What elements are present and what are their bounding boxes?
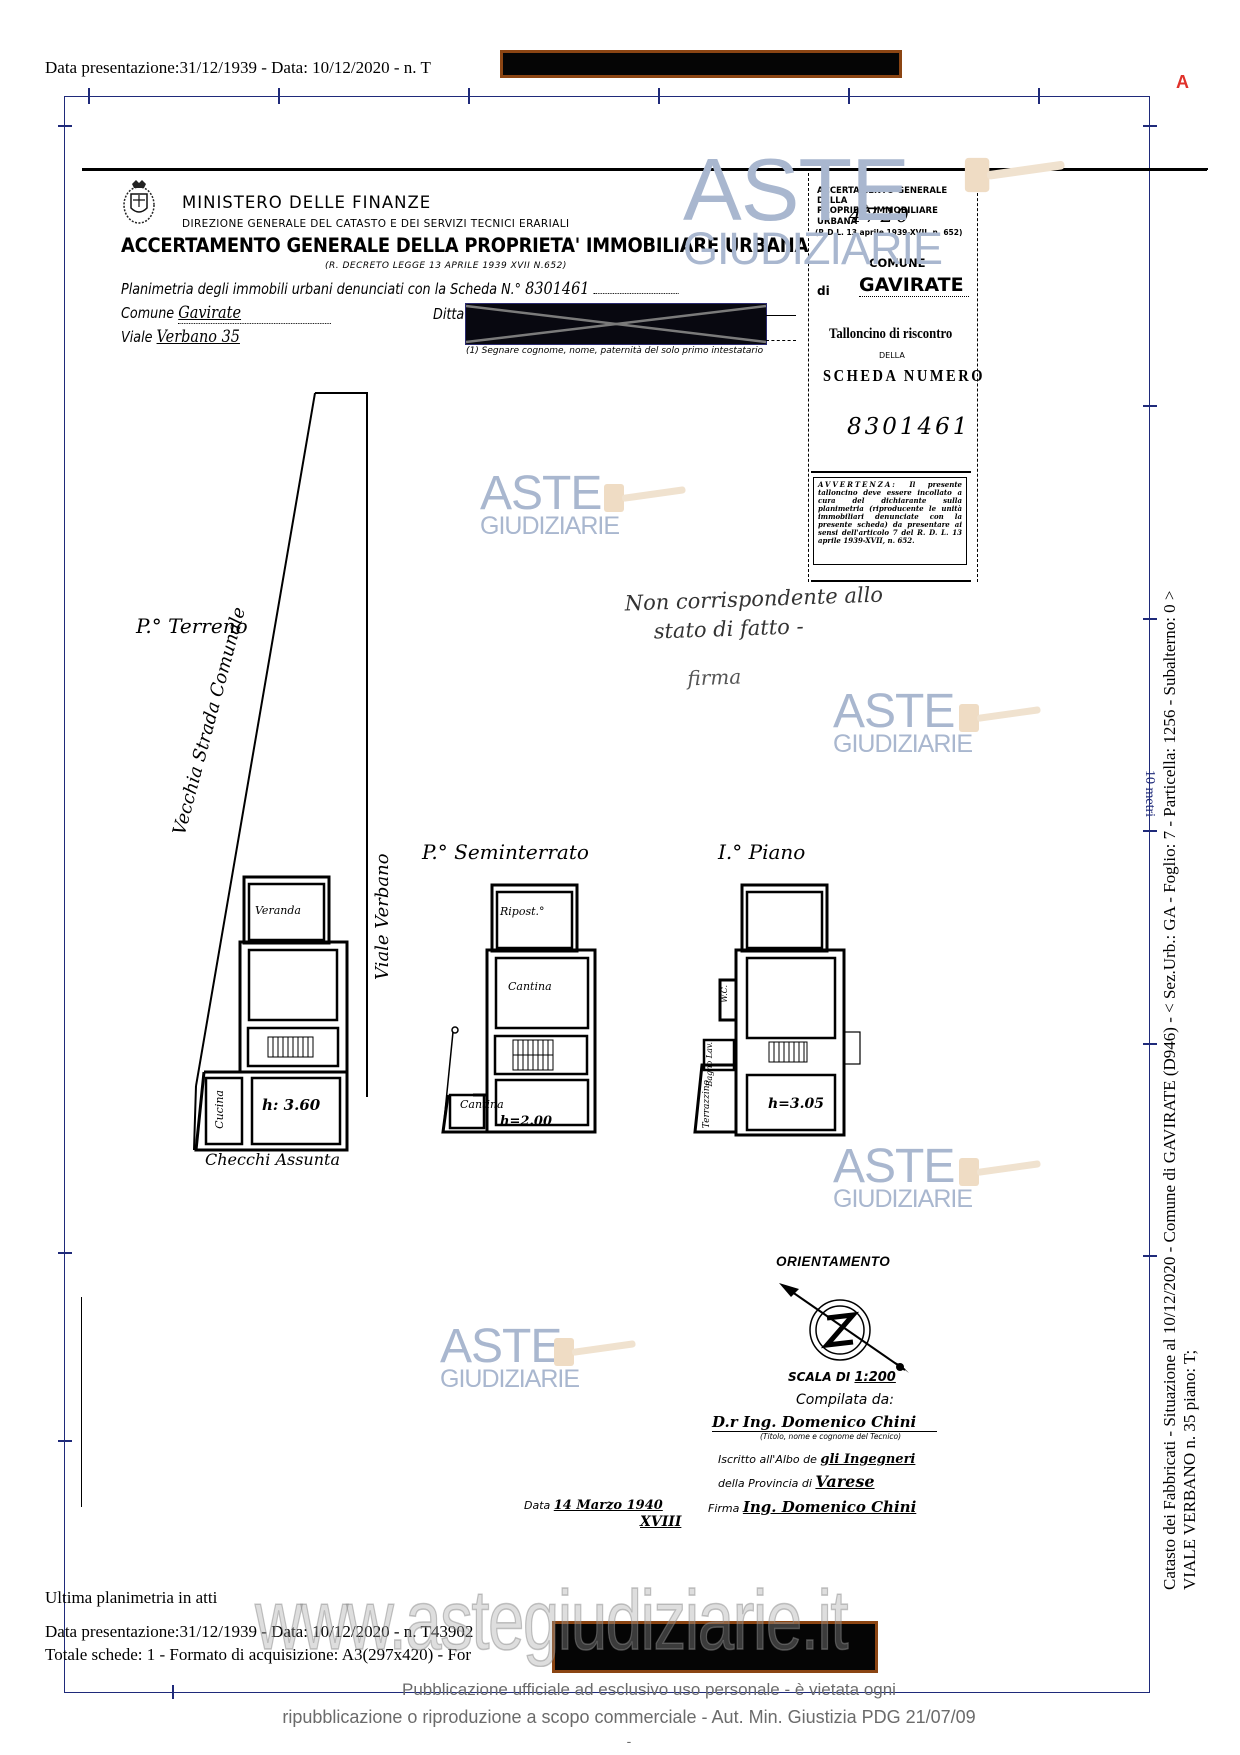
albo-value: gli Ingegneri [820, 1452, 915, 1467]
gavel-icon [955, 698, 1045, 738]
frame-tick [1143, 618, 1157, 620]
side-line-1: Catasto dei Fabbricati - Situazione al 1… [1160, 395, 1180, 1590]
address-line: Viale Verbano 35 [121, 327, 310, 347]
province-line: della Provincia di Varese [718, 1472, 875, 1491]
frame-tick [88, 88, 90, 104]
scale-prefix: SCALA DI [788, 1370, 850, 1384]
legal-notice-line-1: Pubblicazione ufficiale ad esclusivo uso… [0, 1680, 1240, 1700]
comune-value: Gavirate [178, 303, 331, 324]
compass-icon [775, 1275, 925, 1385]
frame-tick [1038, 88, 1040, 104]
stub-avvertenza-box: AVVERTENZA: Il presente talloncino deve … [813, 477, 967, 565]
first-floor-height: h=3.05 [768, 1096, 824, 1112]
scheda-number: 8301461 [525, 279, 589, 299]
frame-tick [1143, 125, 1157, 127]
ultima-planimetria: Ultima planimetria in atti [45, 1588, 217, 1608]
frame-tick [58, 125, 72, 127]
annotation-note: Non corrispondente allo stato di fatto -… [624, 581, 886, 695]
side-line-2: VIALE VERBANO n. 35 piano: T; [1180, 395, 1200, 1590]
engineer-name: D.r Ing. Domenico Chini [712, 1413, 937, 1432]
legal-notice-line-2: ripubblicazione o riproduzione a scopo c… [0, 1707, 1240, 1728]
watermark-logo: ASTE GIUDIZIARIE [833, 1145, 972, 1211]
state-emblem-icon [120, 178, 158, 226]
scale-value: 1:200 [854, 1370, 895, 1385]
gavel-icon [960, 150, 1070, 200]
decree-reference: (R. DECRETO LEGGE 13 APRILE 1939 XVII N.… [325, 261, 567, 271]
firma-line: Firma Ing. Domenico Chini [708, 1498, 916, 1516]
frame-tick [58, 1252, 72, 1254]
gavel-icon [600, 478, 690, 518]
province-label: della Provincia di [718, 1477, 812, 1490]
albo-label: Iscritto all'Albo de [718, 1453, 817, 1466]
ditta-rule [766, 340, 796, 341]
watermark-logo: ASTE GIUDIZIARIE [480, 472, 619, 538]
date-label: Data [524, 1499, 550, 1512]
room-ripostiglio: Ripost.° [500, 905, 545, 918]
comune-label: Comune [121, 304, 174, 322]
ground-floor-height: h: 3.60 [262, 1096, 320, 1114]
header-presentation-line: Data presentazione:31/12/1939 - Data: 10… [45, 58, 431, 78]
firma-label: Firma [708, 1502, 739, 1515]
province-value: Varese [815, 1472, 874, 1491]
compiled-by-label: Compilata da: [796, 1392, 894, 1408]
planimetria-line: Planimetria degli immobili urbani denunc… [121, 279, 679, 299]
albo-line: Iscritto all'Albo de gli Ingegneri [718, 1452, 915, 1467]
footer-dash: - [0, 1733, 1240, 1749]
frame-tick [278, 88, 280, 104]
scale-line: SCALA DI 1:200 [788, 1370, 896, 1385]
frame-tick [58, 1440, 72, 1442]
avvertenza-text: Il presente talloncino deve essere incol… [818, 480, 962, 545]
stub-scheda-numero: SCHEDA NUMERO [823, 366, 985, 386]
frame-tick [468, 88, 470, 104]
stub-comune-value: GAVIRATE [859, 274, 969, 297]
frame-tick [1143, 830, 1157, 832]
stub-number: 8301461 [847, 414, 970, 440]
scale-marker-10m: 10 metri [1141, 770, 1157, 817]
frame-tick [1143, 405, 1157, 407]
address-value: Verbano 35 [157, 327, 310, 347]
date-era: XVIII [640, 1514, 681, 1530]
stub-della: DELLA [879, 351, 905, 360]
ministry-title: MINISTERO DELLE FINANZE [182, 193, 431, 212]
frame-tick [658, 88, 660, 104]
planimetria-label: Planimetria degli immobili urbani denunc… [121, 280, 521, 298]
room-cantina-lower: Cantina [460, 1098, 504, 1111]
first-floor-label: I.° Piano [718, 840, 805, 864]
frame-tick [848, 88, 850, 104]
ditta-footnote: (1) Segnare cognome, nome, paternità del… [466, 346, 763, 356]
watermark-logo: ASTE GIUDIZIARIE [833, 690, 972, 756]
gavel-icon [550, 1332, 640, 1372]
ditta-label: Ditta [433, 305, 464, 323]
watermark-logo: ASTE GIUDIZIARIE [683, 150, 942, 270]
room-cantina-upper: Cantina [508, 980, 552, 993]
gavel-icon [955, 1152, 1045, 1192]
street-viale-label: Viale Verbano [372, 830, 393, 980]
date-line: Data 14 Marzo 1940 [524, 1498, 663, 1513]
frame-tick [1143, 1255, 1157, 1257]
directorate-title: DIREZIONE GENERALE DEL CATASTO E DEI SER… [182, 218, 569, 230]
room-terrazzino: Terrazzino [702, 1080, 712, 1128]
room-veranda: Veranda [255, 904, 301, 917]
stub-di-label: di [817, 284, 830, 298]
basement-height: h=2.00 [500, 1114, 552, 1129]
url-watermark: www.astegiudiziarie.it [255, 1572, 847, 1669]
basement-label: P.° Seminterrato [422, 840, 589, 864]
ground-floor-plan [120, 380, 450, 1180]
side-cadastral-info: Catasto dei Fabbricati - Situazione al 1… [1160, 395, 1202, 1590]
frame-tick [1143, 1043, 1157, 1045]
stub-divider [811, 471, 971, 473]
firma-signature: Ing. Domenico Chini [743, 1498, 916, 1516]
date-value: 14 Marzo 1940 [554, 1498, 663, 1513]
redacted-ditta [465, 303, 767, 345]
corner-letter: A [1176, 72, 1189, 93]
orientation-label: ORIENTAMENTO [776, 1254, 890, 1269]
room-cucina: Cucina [213, 1090, 226, 1129]
redacted-block-top [500, 50, 902, 78]
ditta-rule [766, 315, 796, 316]
room-wc: W.C. [720, 985, 729, 1003]
engineer-caption: (Titolo, nome e cognome del Tecnico) [760, 1432, 901, 1441]
margin-rule [81, 1297, 82, 1507]
address-label: Viale [121, 328, 152, 346]
neighbour-label: Checchi Assunta [205, 1150, 340, 1169]
comune-line: Comune Gavirate [121, 303, 331, 324]
stub-talloncino: Talloncino di riscontro [829, 326, 952, 343]
